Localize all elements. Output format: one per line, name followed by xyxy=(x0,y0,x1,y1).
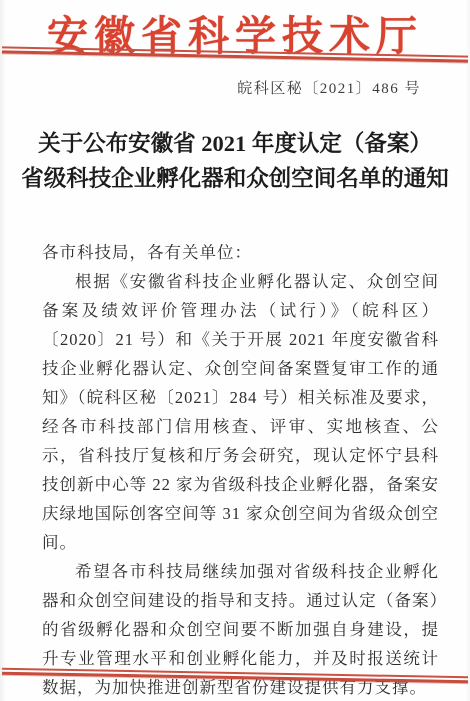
document-title: 关于公布安徽省 2021 年度认定（备案） 省级科技企业孵化器和众创空间名单的通… xyxy=(18,126,452,196)
document-page: 安徽省科学技术厅 皖科区秘〔2021〕486 号 关于公布安徽省 2021 年度… xyxy=(0,0,470,701)
body-paragraph-1: 根据《安徽省科技企业孵化器认定、众创空间备案及绩效评价管理办法（试行）》（皖科区… xyxy=(42,267,439,557)
document-title-line-1: 关于公布安徽省 2021 年度认定（备案） xyxy=(18,126,452,161)
document-title-line-2: 省级科技企业孵化器和众创空间名单的通知 xyxy=(18,161,452,196)
document-reference-number: 皖科区秘〔2021〕486 号 xyxy=(237,77,421,98)
salutation-line: 各市科技局，各有关单位： xyxy=(42,238,439,267)
document-body: 各市科技局，各有关单位： 根据《安徽省科技企业孵化器认定、众创空间备案及绩效评价… xyxy=(42,238,439,701)
